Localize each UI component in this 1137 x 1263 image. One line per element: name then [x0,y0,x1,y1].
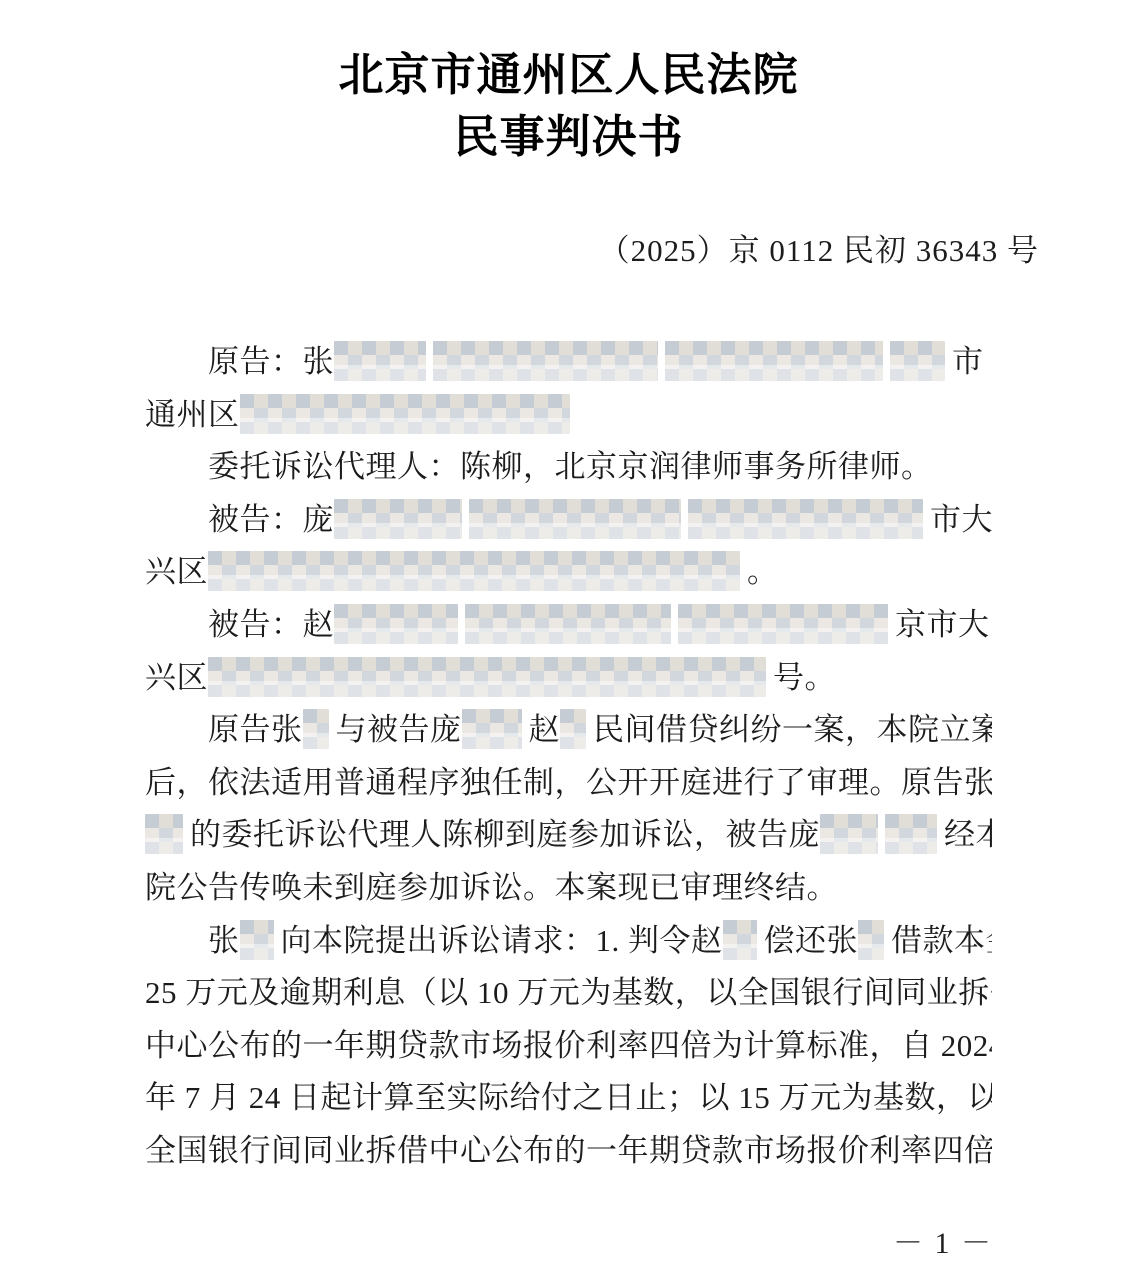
redaction-block [469,499,681,539]
text-segment: 被告：赵 [208,607,334,642]
court-name-title: 北京市通州区人民法院 [0,44,1137,106]
text-line: 原告：张市 [145,336,992,389]
redaction-block [678,604,888,644]
redaction-block [820,814,878,854]
text-segment: 号。 [773,660,836,695]
text-line: 后，依法适用普通程序独任制，公开开庭进行了审理。原告张 [145,757,992,810]
text-line: 被告：赵京市大 [145,599,992,652]
redaction-block [334,499,462,539]
redaction-block [208,551,740,591]
text-segment: 原告张 [208,712,303,747]
text-segment: 原告：张 [208,344,334,379]
text-segment: 被告：庞 [208,502,334,537]
redaction-block [433,341,658,381]
text-segment: 借款本金 [891,923,992,958]
redaction-block [858,920,884,960]
text-segment: 院公告传唤未到庭参加诉讼。本案现已审理终结。 [145,870,838,905]
text-segment: 全国银行间同业拆借中心公布的一年期贷款市场报价利率四倍 [145,1133,992,1168]
text-segment: 通州区 [145,397,240,432]
redaction-block [560,709,586,749]
redaction-block [240,394,570,434]
case-number: （2025）京 0112 民初 36343 号 [0,230,1137,272]
text-line: 被告：庞市大 [145,494,992,547]
text-segment: 后，依法适用普通程序独任制，公开开庭进行了审理。原告张 [145,765,992,800]
text-line: 原告张与被告庞赵民间借贷纠纷一案，本院立案 [145,704,992,757]
text-line: 中心公布的一年期贷款市场报价利率四倍为计算标准，自 2024 [145,1020,992,1073]
text-segment: 。 [747,554,779,589]
text-segment: 年 7 月 24 日起计算至实际给付之日止；以 15 万元为基数，以 [145,1080,992,1115]
text-segment: 民间借贷纠纷一案，本院立案 [593,712,992,747]
text-line: 兴区。 [145,546,992,599]
text-segment: 的委托诉讼代理人陈柳到庭参加诉讼，被告庞 [190,817,820,852]
text-segment: 委托诉讼代理人：陈柳，北京京润律师事务所律师。 [208,449,933,484]
text-segment: 兴区 [145,660,208,695]
text-segment: 兴区 [145,554,208,589]
text-segment: 向本院提出诉讼请求：1. 判令赵 [281,923,723,958]
redaction-block [665,341,883,381]
text-segment: 赵 [529,712,561,747]
text-segment: 市大 [930,502,992,537]
text-segment: 经本 [944,817,992,852]
redaction-block [334,604,458,644]
redaction-block [688,499,923,539]
text-line: 委托诉讼代理人：陈柳，北京京润律师事务所律师。 [145,441,992,494]
text-segment: 与被告庞 [336,712,462,747]
redaction-block [334,341,426,381]
text-line: 院公告传唤未到庭参加诉讼。本案现已审理终结。 [145,862,992,915]
redaction-block [885,814,937,854]
redaction-block [890,341,945,381]
redaction-block [240,920,274,960]
text-line: 的委托诉讼代理人陈柳到庭参加诉讼，被告庞经本 [145,809,992,862]
text-line: 张向本院提出诉讼请求：1. 判令赵偿还张借款本金 [145,915,992,968]
text-segment: 中心公布的一年期贷款市场报价利率四倍为计算标准，自 2024 [145,1028,992,1063]
text-line: 25 万元及逾期利息（以 10 万元为基数，以全国银行间同业拆借 [145,967,992,1020]
text-segment: 偿还张 [764,923,859,958]
page-number: － 1 － [893,1218,993,1262]
document-body: 原告：张市通州区委托诉讼代理人：陈柳，北京京润律师事务所律师。被告：庞市大兴区。… [0,336,1137,1178]
text-line: 年 7 月 24 日起计算至实际给付之日止；以 15 万元为基数，以 [145,1072,992,1125]
text-line: 兴区号。 [145,652,992,705]
redaction-block [465,604,671,644]
redaction-block [303,709,329,749]
document-type-title: 民事判决书 [0,106,1137,168]
text-line: 全国银行间同业拆借中心公布的一年期贷款市场报价利率四倍 [145,1125,992,1178]
redaction-block [462,709,522,749]
text-line: 通州区 [145,389,992,442]
redaction-block [208,657,766,697]
text-segment: 张 [208,923,240,958]
judgment-page: 北京市通州区人民法院 民事判决书 （2025）京 0112 民初 36343 号… [0,0,1137,1263]
text-segment: 市 [952,344,984,379]
text-segment: 25 万元及逾期利息（以 10 万元为基数，以全国银行间同业拆借 [145,975,992,1010]
redaction-block [145,814,183,854]
text-segment: 京市大 [895,607,990,642]
redaction-block [723,920,757,960]
document-header: 北京市通州区人民法院 民事判决书 [0,0,1137,168]
